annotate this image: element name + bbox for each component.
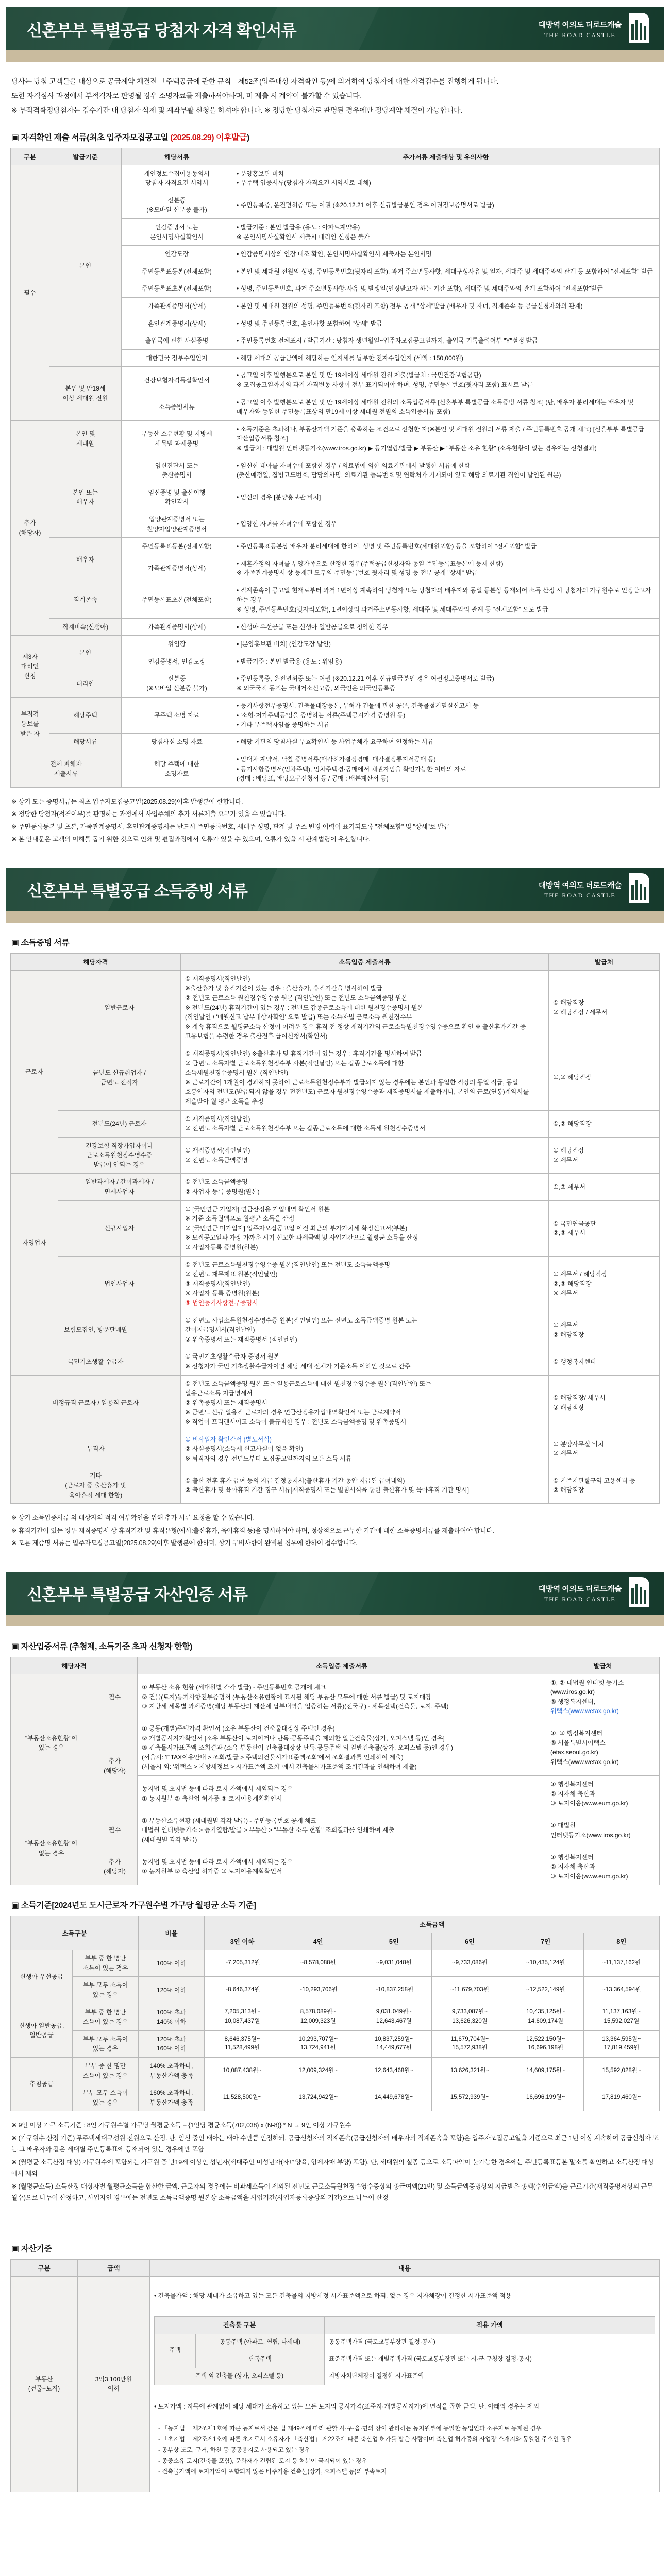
table-header-row: 구분발급기준해당서류추가서류 제출대상 및 유의사항: [11, 148, 660, 165]
table-cell: 필수: [11, 165, 49, 420]
table-row: 근로자일반근로자① 재직증명서(직인날인) ※출산휴가 및 휴직기간이 있는 경…: [11, 970, 660, 1045]
table-cell: 8,646,375원~ 11,528,499원: [205, 2030, 280, 2057]
table-cell: • 해당 세대의 공급금액에 해당하는 인지세를 납부한 전자수입인지 (세액 …: [232, 349, 660, 367]
table-cell: ① 비사업자 확인각서 (별도서식)② 사실증명서(소득세 신고사실이 없음 확…: [181, 1431, 549, 1467]
table-cell: 제3자 대리인 신청: [11, 636, 49, 697]
table-cell: • 주민등록표등본상 배우자 분리세대에 한하여, 성명 및 주민등록번호(세대…: [232, 538, 660, 555]
table-cell: ① 부동산 소유 현황 (세대원별 각각 발급) - 주민등록번호 공개에 체크…: [138, 1674, 546, 1720]
intro-line: ※ 부적격확정당첨자는 검수기간 내 당첨자 삭제 및 계좌부활 신청을 하셔야…: [11, 104, 659, 117]
intro-paragraph: 당사는 당첨 고객들을 대상으로 공급계약 체결전 「주택공급에 관한 규칙」제…: [11, 75, 659, 117]
table-cell: 본인 및 만19세 이상 세대원 전원: [49, 367, 122, 420]
note-line: ※ 모든 제증명 서류는 입주자모집공고일(2025.08.29)이후 발행분에…: [11, 1537, 659, 1549]
cell-text: ① 비사업자 확인각서 (별도서식): [185, 1435, 544, 1445]
section1-heading: ▣ 자격확인 제출 서류(최초 입주자모집공고일 (2025.08.29) 이후…: [11, 131, 659, 143]
table-cell: "부동산소유현황"이 없는 경우: [11, 1812, 92, 1885]
table-cell: 무주택 소명 자료: [122, 697, 232, 734]
table-cell: • 해당 기관의 당첨사실 무효확인서 등 사업주체가 요구하여 인정하는 서류: [232, 734, 660, 751]
table-cell: 임신증명 및 출산이행 확인각서: [122, 484, 232, 511]
table-row: 신생아 일반공급, 일반공급부부 중 한 명만 소득이 있는 경우100% 초과…: [11, 2004, 660, 2030]
table-cell: 추가 (해당자): [92, 1849, 138, 1885]
table-row: 추가 (해당자)① 공동(개별)주택가격 확인서 (소유 부동산이 건축물대장상…: [11, 1720, 660, 1775]
table-row: 무직자① 비사업자 확인각서 (별도서식)② 사실증명서(소득세 신고사실이 없…: [11, 1431, 660, 1467]
table-cell: 전세 피해자 제출서류: [11, 751, 122, 788]
table-cell: 13,724,942원~: [280, 2084, 356, 2111]
table-cell: ①,② 세무서: [549, 1174, 660, 1200]
note-line: ※ 상기 소득입증서류 외 대상자의 적격 여부확인을 위해 추가 서류 요청을…: [11, 1512, 659, 1524]
table-cell: 100% 이하: [139, 1950, 205, 1977]
table-cell: • 공고일 이후 발행분으로 본인 및 만 19세이상 세대원 전원의 소득입증…: [232, 394, 660, 420]
table-row: 주택공동주택 (아파트, 연립, 다세대)공동주택가격 (국토교통부장관 결정·…: [155, 2334, 655, 2351]
table-cell: 당첨사실 소명 자료: [122, 734, 232, 751]
table-cell: ~9,733,086원: [432, 1950, 508, 1977]
asset-proof-table-container: 해당자격소득입증 제출서류발급처"부동산소유현황"이 있는 경우필수① 부동산 …: [10, 1657, 660, 1886]
note-line: ※ (월평균소득) 소득산정 대상자별 월평균소득을 합산한 금액. 근로자의 …: [11, 2181, 659, 2204]
table-cell: ① 분양사무실 비치 ② 세무서: [549, 1431, 660, 1467]
table-cell: 개인정보수집이용동의서 당첨자 자격요건 서약서: [122, 165, 232, 192]
header-cell: 구분: [11, 148, 49, 165]
table-cell: 추가 (해당자): [92, 1720, 138, 1812]
table-cell: 국민기초생활 수급자: [11, 1348, 181, 1375]
table-cell: 13,626,321원~: [432, 2058, 508, 2084]
table-cell: ① 행정복지센터 ② 지자체 축산과 ③ 토지이음(www.eum.go.kr): [546, 1775, 660, 1812]
intro-line: 또한 자격심사 과정에서 부적격자로 판명될 경우 소명자료를 제출하셔야하며,…: [11, 90, 659, 103]
table-cell: 10,837,259원~ 14,449,677원: [356, 2030, 432, 2057]
note-line: ※ (월평균 소득산정 대상) 가구원수에 포함되는 가구원 중 만19세 이상…: [11, 2157, 659, 2180]
table-cell: 단독주택: [196, 2351, 325, 2368]
section3-heading: ▣ 자산입증서류 (추첨제, 소득기준 초과 신청자 한함): [11, 1640, 659, 1652]
table-row: "부동산소유현황"이 없는 경우필수① 부동산소유현황 (세대원별 각각 발급)…: [11, 1812, 660, 1849]
brand: 대방역 여의도 더로드캐슬 THE ROAD CASTLE: [539, 873, 649, 906]
table-row: 비정규직 근로자 / 일용직 근로자① 전년도 소득금액증명 원본 또는 일용근…: [11, 1375, 660, 1431]
table-cell: 120% 이하: [139, 1977, 205, 2004]
building-icon: [627, 1577, 649, 1609]
table-cell: 11,679,704원~ 15,572,938원: [432, 2030, 508, 2057]
table-cell: 인감증명서 또는 본인서명사실확인서: [122, 219, 232, 246]
table-cell: • 등기사항전부증명서, 건축물대장등본, 무허가 건물에 관한 공문, 건축물…: [232, 697, 660, 734]
table-cell: • 발급기준 : 본인 발급용 (용도 : 아파트계약용) ※ 본인서명사실확인…: [232, 219, 660, 246]
table-cell: ① 부동산소유현황 (세대원별 각각 발급) - 주민등록번호 공개 체크 대법…: [138, 1812, 546, 1849]
table-cell: 건강보험 직장가입자이나 근로소득원천징수영수증 발급이 안되는 경우: [58, 1137, 181, 1174]
table-cell: 14,609,175원~: [508, 2058, 583, 2084]
cell-text: ⑤ 법인등기사항전부증명서: [185, 1298, 544, 1308]
note-line: ※ 정당한 당첨자(적격여부)를 판명하는 과정에서 사업주체의 추가 서류제출…: [11, 808, 659, 820]
table-cell: 입양관계증명서 또는 친양자입양관계증명서: [122, 511, 232, 537]
note-line: ※ 9인 이상 가구 소득기준 : 8인 가구원수별 가구당 월평균소득 + {…: [11, 2120, 659, 2131]
table-row: 추가 (해당자)본인 및 세대원부동산 소유현황 및 지방세 세목별 과세증명•…: [11, 420, 660, 457]
brand-text: 대방역 여의도 더로드캐슬 THE ROAD CASTLE: [539, 879, 622, 900]
asset-criteria-table-container: 구분 금액 내용 부동산 (건물+토지) 3억3,100만원 이하 • 건축물가…: [10, 2259, 660, 2492]
table-cell: • 공고일 이후 발행분으로 본인 및 만 19세이상 세대원 전원 제출(발급…: [232, 367, 660, 394]
table-cell: • 성명 및 주민등록번호, 혼인사항 포함하여 "상세" 발급: [232, 315, 660, 332]
cell-text: ①, ② 대법원 인터넷 등기소 (www.iros.go.kr) ③ 행정복지…: [550, 1678, 655, 1707]
table-cell: 부동산 소유현황 및 지방세 세목별 과세증명: [122, 420, 232, 457]
income-criteria-table-container: 소득구분비율소득금액3인 이하4인5인6인7인8인신생아 우선공급부부 중 한 …: [10, 1916, 660, 2111]
table-row: 신생아 우선공급부부 중 한 명만 소득이 있는 경우100% 이하~7,205…: [11, 1950, 660, 1977]
table-cell: 본인 또는 배우자: [49, 457, 122, 538]
brand-text: 대방역 여의도 더로드캐슬 THE ROAD CASTLE: [539, 19, 622, 39]
table-cell: 140% 초과하나, 부동산가액 충족: [139, 2058, 205, 2084]
qualification-table-container: 구분발급기준해당서류추가서류 제출대상 및 유의사항필수본인개인정보수집이용동의…: [10, 148, 660, 788]
table-row: 배우자주민등록표등본(전체포함)• 주민등록표등본상 배우자 분리세대에 한하여…: [11, 538, 660, 555]
brand-name-kr: 대방역 여의도 더로드캐슬: [539, 1583, 622, 1594]
note-line: ※ 주민등록등본 및 초본, 가족관계증명서, 혼인관계증명서는 반드시 주민등…: [11, 821, 659, 833]
table-cell: 해당서류: [49, 734, 122, 751]
table-cell: 12,522,150원~ 16,696,198원: [508, 2030, 583, 2057]
cell-text: 위택스(www.wetax.go.kr): [550, 1706, 655, 1716]
table-header-row: 해당자격소득입증 제출서류발급처: [11, 1657, 660, 1674]
table-cell: 지방자치단체장이 결정한 시가표준액: [325, 2368, 655, 2385]
table-cell: ① 전년도 근로소득원천징수영수증 원본(직인날인) 또는 전년도 소득금액증명…: [181, 1256, 549, 1312]
table-cell: 추가 (해당자): [11, 420, 49, 636]
table-cell: 120% 초과 160% 이하: [139, 2030, 205, 2057]
table-cell: 자영업자: [11, 1174, 58, 1312]
header-cell: 8인: [583, 1933, 659, 1950]
table-cell: 인감도장: [122, 246, 232, 263]
banner-asset-proof: 신혼부부 특별공급 자산인증 서류 대방역 여의도 더로드캐슬 THE ROAD…: [6, 1572, 664, 1615]
table-cell: ① 국민기초생활수급자 증명서 원본 ※ 신청자가 국민 기초생활수급자이면 해…: [181, 1348, 549, 1375]
table-cell: ① 세무서 ② 해당직장: [549, 1312, 660, 1348]
table-cell: 주택 외 건축물 (상가, 오피스텔 등): [155, 2368, 325, 2385]
table-cell: • 임대차 계약서, 낙찰 증명서류(매각허가결정경매, 매각결정통지서공매 등…: [232, 751, 660, 788]
header-cell: 발급처: [549, 953, 660, 970]
table-row: 주택 외 건축물 (상가, 오피스텔 등)지방자치단체장이 결정한 시가표준액: [155, 2368, 655, 2385]
table-cell: 근로자: [11, 970, 58, 1174]
section1-notes: ※ 상기 모든 증명서류는 최초 입주자모집공고일(2025.08.29)이후 …: [11, 796, 659, 845]
table-cell: ① [국민연금 가입자] 연금산정용 가입내역 확인서 원본 ※ 기준 소득월액…: [181, 1200, 549, 1256]
table-row: 추첨공급부부 중 한 명만 소득이 있는 경우140% 초과하나, 부동산가액 …: [11, 2058, 660, 2084]
table-row: 부부 모두 소득이 있는 경우120% 초과 160% 이하8,646,375원…: [11, 2030, 660, 2057]
divider-strip: [6, 911, 664, 923]
table-cell: 가족관계증명서(상세): [122, 618, 232, 636]
table-cell: 법인사업자: [58, 1256, 181, 1312]
table-cell: ① 공동(개별)주택가격 확인서 (소유 부동산이 건축물대장상 주택인 경우)…: [138, 1720, 546, 1775]
header-cell: 소득입증 제출서류: [181, 953, 549, 970]
table-cell: ① 전년도 소득금액증명 원본 또는 일용근로소득에 대한 원천징수영수증 원본…: [181, 1375, 549, 1431]
table-cell: ~10,837,258원: [356, 1977, 432, 2004]
table-cell: 9,733,087원~ 13,626,320원: [432, 2004, 508, 2030]
table-cell: 15,592,028원~: [583, 2058, 659, 2084]
table-cell: 임신진단서 또는 출산증명서: [122, 457, 232, 484]
table-cell: 주민등록표초본(전체포함): [122, 280, 232, 298]
income-notes: ※ 9인 이상 가구 소득기준 : 8인 가구원수별 가구당 월평균소득 + {…: [11, 2120, 659, 2204]
table-cell: 기타 (근로자 중 출산휴가 및 육아휴직 세대 한함): [11, 1467, 181, 1504]
table-cell: ① 행정복지센터 ② 지자체 축산과 ③ 토지이음(www.eum.go.kr): [546, 1849, 660, 1885]
table-row: 대리인신분증 (※모바일 신분증 불가)• 주민등록증, 운전면허증 또는 여권…: [11, 670, 660, 697]
table-cell: 직계비속(신생아): [49, 618, 122, 636]
table-cell: ~10,293,706원: [280, 1977, 356, 2004]
table-cell: 전년도(24년) 근로자: [58, 1110, 181, 1137]
header-cell: 내용: [150, 2259, 660, 2276]
table-cell: • 주민등록증, 운전면허증 또는 여권 (※20.12.21 이후 신규발급분…: [232, 670, 660, 697]
header-cell: 추가서류 제출대상 및 유의사항: [232, 148, 660, 165]
table-cell: ①, ② 대법원 인터넷 등기소 (www.iros.go.kr) ③ 행정복지…: [546, 1674, 660, 1720]
section2-heading: ▣ 소득증빙 서류: [11, 936, 659, 948]
table-cell: 10,435,125원~ 14,609,174원: [508, 2004, 583, 2030]
brand-name-kr: 대방역 여의도 더로드캐슬: [539, 879, 622, 890]
asset-content-cell: • 건축물가액 : 해당 세대가 소유하고 있는 모든 건축물의 지방세정 시가…: [150, 2276, 660, 2492]
section2-title: 신혼부부 특별공급 소득증빙 서류: [27, 878, 247, 901]
table-row: 직계존속주민등록표초본(전체포함)• 직계존속이 공고일 현재로부터 과거 1년…: [11, 582, 660, 618]
header-cell: 6인: [432, 1933, 508, 1950]
table-cell: 본인: [49, 636, 122, 670]
header-cell: 소득금액: [205, 1916, 660, 1933]
header-cell: 발급처: [546, 1657, 660, 1674]
table-cell: 혼인관계증명서(상세): [122, 315, 232, 332]
table-cell: 추첨공급: [11, 2058, 73, 2111]
divider-strip: [6, 50, 664, 62]
table-cell: 10,293,707원~ 13,724,941원: [280, 2030, 356, 2057]
table-header-row: 소득구분비율소득금액: [11, 1916, 660, 1933]
table-cell: 16,696,199원~: [508, 2084, 583, 2111]
table-cell: 신분증 (※모바일 신분증 불가): [122, 670, 232, 697]
table-row: 단독주택표준주택가격 또는 개별주택가격 (국토교통부장관 또는 시·군·구청장…: [155, 2351, 655, 2368]
note-line: ※ 본 안내문은 고객의 이해를 돕기 위한 것으로 인쇄 및 편집과정에서 오…: [11, 834, 659, 845]
header-cell: 4인: [280, 1933, 356, 1950]
table-cell: ① 대법원 인터넷등기소(www.iros.go.kr): [546, 1812, 660, 1849]
table-cell: ① 재직증명서(직인날인) ※출산휴가 및 휴직기간이 있는 경우 : 출산휴가…: [181, 970, 549, 1045]
table-row: 추가 (해당자)농지법 및 초지법 등에 따라 토지 가액에서 제외되는 경우 …: [11, 1849, 660, 1885]
table-cell: 무직자: [11, 1431, 181, 1467]
table-cell: 17,819,460원~: [583, 2084, 659, 2111]
header-cell: 해당자격: [11, 953, 181, 970]
header-cell: 소득입증 제출서류: [138, 1657, 546, 1674]
banner-qualification: 신혼부부 특별공급 당첨자 자격 확인서류 대방역 여의도 더로드캐슬 THE …: [6, 7, 664, 50]
table-header-row: 해당자격소득입증 제출서류발급처: [11, 953, 660, 970]
table-cell: • 본인 및 세대원 전원의 성명, 주민등록번호(뒷자리 포함) 전부 공개 …: [232, 298, 660, 315]
table-cell: • 직계존속이 공고일 현재로부터 과거 1년이상 계속하여 당첨자 또는 당첨…: [232, 582, 660, 618]
intro-line: 당사는 당첨 고객들을 대상으로 공급계약 체결전 「주택공급에 관한 규칙」제…: [11, 75, 659, 89]
table-cell: • 재혼가정의 자녀를 부양가족으로 산정한 경우(주택공급신청자와 동일 주민…: [232, 555, 660, 582]
section2-notes: ※ 상기 소득입증서류 외 대상자의 적격 여부확인을 위해 추가 서류 요청을…: [11, 1512, 659, 1549]
header-cell: 구분: [11, 2259, 78, 2276]
qualification-documents-table: 구분발급기준해당서류추가서류 제출대상 및 유의사항필수본인개인정보수집이용동의…: [10, 148, 660, 788]
table-cell: 출입국에 관한 사실증명: [122, 332, 232, 350]
table-cell: • 본인 및 세대원 전원의 성명, 주민등록번호(뒷자리 포함), 과거 주소…: [232, 263, 660, 280]
table-cell: 160% 초과하나, 부동산가액 충족: [139, 2084, 205, 2111]
table-cell: 필수: [92, 1674, 138, 1720]
table-cell: 부부 모두 소득이 있는 경우: [73, 2030, 139, 2057]
brand-text: 대방역 여의도 더로드캐슬 THE ROAD CASTLE: [539, 1583, 622, 1603]
table-cell: • 소득기준은 초과하나, 부동산가액 기준을 충족하는 조건으로 신청한 자(…: [232, 420, 660, 457]
table-cell: ① 국민연금공단 ②,③ 세무서: [549, 1200, 660, 1256]
table-row: 신규사업자① [국민연금 가입자] 연금산정용 가입내역 확인서 원본 ※ 기준…: [11, 1200, 660, 1256]
table-cell: 신규사업자: [58, 1200, 181, 1256]
table-cell: • 신생아 우선공급 또는 신생아 일반공급으로 청약한 경우: [232, 618, 660, 636]
table-cell: ~7,205,312원: [205, 1950, 280, 1977]
table-cell: 12,009,324원~: [280, 2058, 356, 2084]
table-row: 본인 또는 배우자임신진단서 또는 출산증명서• 임신한 태아를 자녀수에 포함…: [11, 457, 660, 484]
cell-text: ② 사실증명서(소득세 신고사실이 없음 확인) ※ 퇴직자의 경우 전년도부터…: [185, 1444, 544, 1463]
table-cell: ① 행정복지센터: [549, 1348, 660, 1375]
table-cell: 본인 및 세대원: [49, 420, 122, 457]
table-cell: 11,137,163원~ 15,592,027원: [583, 2004, 659, 2030]
table-cell: 대한민국 정부수입인지: [122, 349, 232, 367]
page-title: 신혼부부 특별공급 당첨자 자격 확인서류: [27, 18, 296, 41]
table-cell: 인감증명서, 인감도장: [122, 653, 232, 670]
table-cell: • 주민등록번호 전체표시 / 발급기간 : 당첨자 생년월일~입주자모집공고일…: [232, 332, 660, 350]
table-cell: ~8,578,088원: [280, 1950, 356, 1977]
table-cell: ① 재직증명서(직인날인) ② 전년도 소득자별 근로소득원천징수부 또는 갑종…: [181, 1110, 549, 1137]
table-cell: ~11,137,162원: [583, 1950, 659, 1977]
table-row: 필수본인개인정보수집이용동의서 당첨자 자격요건 서약서• 분양홍보관 비치 •…: [11, 165, 660, 192]
building-value-table: 건축물 구분적용 가액주택공동주택 (아파트, 연립, 다세대)공동주택가격 (…: [154, 2316, 655, 2385]
table-cell: 대리인: [49, 670, 122, 697]
table-row: 자영업자일반과세자 / 간이과세자 / 면세사업자① 전년도 소득금액증명 ② …: [11, 1174, 660, 1200]
table-cell: ~13,364,594원: [583, 1977, 659, 2004]
brand-name-kr: 대방역 여의도 더로드캐슬: [539, 19, 622, 30]
table-cell: • [분양홍보관 비치] (인감도장 날인): [232, 636, 660, 653]
table-cell: 부부 중 한 명만 소득이 있는 경우: [73, 2058, 139, 2084]
note-line: ※ 상기 모든 증명서류는 최초 입주자모집공고일(2025.08.29)이후 …: [11, 796, 659, 808]
table-cell: 11,528,500원~: [205, 2084, 280, 2111]
table-row: 보험모집인, 방문판매원① 전년도 사업소득원천징수영수증 원본(직인날인) 또…: [11, 1312, 660, 1348]
table-cell: 신생아 일반공급, 일반공급: [11, 2004, 73, 2057]
table-cell: 14,449,678원~: [356, 2084, 432, 2111]
divider-strip: [6, 1615, 664, 1626]
table-cell: 부부 중 한 명만 소득이 있는 경우: [73, 1950, 139, 1977]
table-cell: ~9,031,048원: [356, 1950, 432, 1977]
brand-name-en: THE ROAD CASTLE: [539, 31, 622, 39]
table-cell: • 임신의 경우 [분양홍보관 비치]: [232, 484, 660, 511]
table-row: 전년도(24년) 근로자① 재직증명서(직인날인) ② 전년도 소득자별 근로소…: [11, 1110, 660, 1137]
table-cell: 주민등록표초본(전체포함): [122, 582, 232, 618]
section3-title: 신혼부부 특별공급 자산인증 서류: [27, 1582, 247, 1605]
table-cell: 7,205,313원~ 10,087,437원: [205, 2004, 280, 2030]
table-cell: ①, ② 행정복지센터 ③ 서울특별시이택스 (etax.seoul.go.kr…: [546, 1720, 660, 1775]
table-cell: 공동주택가격 (국토교통부장관 결정·공시): [325, 2334, 655, 2351]
land-exclusion-item: - 「초지법」 제2조제1호에 따른 초지로서 소유자가 「축산법」 제22조에…: [158, 2435, 655, 2445]
table-cell: 부부 모두 소득이 있는 경우: [73, 1977, 139, 2004]
table-cell: 9,031,049원~ 12,643,467원: [356, 2004, 432, 2030]
note-line: ※ 휴직기간이 있는 경우 재직증명서 상 휴직기간 및 휴직유형(예시:출산휴…: [11, 1525, 659, 1537]
table-cell: • 인감증명서상의 인장 대조 확인, 본인서명사실확인서 제출자는 본인서명: [232, 246, 660, 263]
table-cell: 일반과세자 / 간이과세자 / 면세사업자: [58, 1174, 181, 1200]
land-value-intro: • 토지가액 : 지목에 관계없이 해당 세대가 소유하고 있는 모든 토지의 …: [154, 2402, 655, 2412]
table-cell: ~8,646,374원: [205, 1977, 280, 2004]
table-cell: ~11,679,703원: [432, 1977, 508, 2004]
building-icon: [627, 13, 649, 45]
table-header-row: 건축물 구분적용 가액: [155, 2316, 655, 2334]
table-cell: 12,643,468원~: [356, 2058, 432, 2084]
table-cell: 가족관계증명서(상세): [122, 555, 232, 582]
income-proof-documents-table: 해당자격소득입증 제출서류발급처근로자일반근로자① 재직증명서(직인날인) ※출…: [10, 953, 660, 1504]
table-cell: 소득증빙서류: [122, 394, 232, 420]
table-cell: • 임신한 태아를 자녀수에 포함한 경우 / 의료법에 의한 의료기관에서 발…: [232, 457, 660, 484]
header-cell: 해당서류: [122, 148, 232, 165]
table-cell: 부부 중 한 명만 소득이 있는 경우: [73, 2004, 139, 2030]
section1-heading-prefix: ▣ 자격확인 제출 서류(최초 입주자모집공고일: [11, 133, 170, 142]
asset-row-label: 부동산 (건물+토지): [11, 2276, 78, 2492]
table-cell: • 성명, 주민등록번호, 과거 주소변동사항·사유 및 발생일(인정받고자 하…: [232, 280, 660, 298]
section1-heading-date: (2025.08.29) 이후발급: [170, 133, 247, 142]
table-cell: ①,② 해당직장: [549, 1110, 660, 1137]
land-exclusion-list: - 「농지법」 제2조제1호에 따른 농지로서 같은 법 제49조에 따라 관할…: [158, 2424, 655, 2477]
table-cell: 100% 초과 140% 이하: [139, 2004, 205, 2030]
table-cell: 부적격 통보를 받은 자: [11, 697, 49, 751]
table-cell: 일반근로자: [58, 970, 181, 1045]
table-row: 국민기초생활 수급자① 국민기초생활수급자 증명서 원본 ※ 신청자가 국민 기…: [11, 1348, 660, 1375]
table-cell: ① 출산 전후 휴가 급여 등의 지급 결정통지서(출산휴가 기간 동안 지급된…: [181, 1467, 549, 1504]
table-cell: 신분증 (※모바일 신분증 불가): [122, 192, 232, 218]
header-cell: 발급기준: [49, 148, 122, 165]
table-cell: 본인: [49, 165, 122, 367]
table-cell: 신생아 우선공급: [11, 1950, 73, 2004]
building-icon: [627, 873, 649, 906]
asset-criteria-heading: ▣ 자산기준: [11, 2242, 659, 2254]
table-cell: 주택: [155, 2334, 196, 2368]
income-proof-table-container: 해당자격소득입증 제출서류발급처근로자일반근로자① 재직증명서(직인날인) ※출…: [10, 953, 660, 1504]
table-row: "부동산소유현황"이 있는 경우필수① 부동산 소유 현황 (세대원별 각각 발…: [11, 1674, 660, 1720]
table-row: 부적격 통보를 받은 자해당주택무주택 소명 자료• 등기사항전부증명서, 건축…: [11, 697, 660, 734]
table-cell: 금년도 신규취업자 / 금년도 전직자: [58, 1045, 181, 1110]
header-cell: 적용 가액: [325, 2316, 655, 2334]
brand-name-en: THE ROAD CASTLE: [539, 892, 622, 900]
income-criteria-table: 소득구분비율소득금액3인 이하4인5인6인7인8인신생아 우선공급부부 중 한 …: [10, 1916, 660, 2111]
table-row: 해당서류당첨사실 소명 자료• 해당 기관의 당첨사실 무효확인서 등 사업주체…: [11, 734, 660, 751]
header-cell: 소득구분: [11, 1916, 139, 1950]
table-cell: 필수: [92, 1812, 138, 1849]
header-cell: 5인: [356, 1933, 432, 1950]
table-cell: 부부 모두 소득이 있는 경우: [73, 2084, 139, 2111]
table-cell: 표준주택가격 또는 개별주택가격 (국토교통부장관 또는 시·군·구청장 결정·…: [325, 2351, 655, 2368]
document-page: 신혼부부 특별공급 당첨자 자격 확인서류 대방역 여의도 더로드캐슬 THE …: [0, 7, 670, 2503]
table-cell: 해당 주택에 대한 소명자료: [122, 751, 232, 788]
table-cell: 8,578,089원~ 12,009,323원: [280, 2004, 356, 2030]
table-row: 부부 모두 소득이 있는 경우160% 초과하나, 부동산가액 충족11,528…: [11, 2084, 660, 2111]
table-cell: 13,364,595원~ 17,819,459원: [583, 2030, 659, 2057]
table-row: 제3자 대리인 신청본인위임장• [분양홍보관 비치] (인감도장 날인): [11, 636, 660, 653]
table-cell: 건강보험자격득실확인서: [122, 367, 232, 394]
table-cell: 위임장: [122, 636, 232, 653]
asset-amount: 3억3,100만원 이하: [78, 2276, 150, 2492]
table-cell: ① 재직증명서(직인날인) ※출산휴가 및 휴직기간이 있는 경우 : 휴직기간…: [181, 1045, 549, 1110]
table-cell: 비정규직 근로자 / 일용직 근로자: [11, 1375, 181, 1431]
table-cell: 배우자: [49, 538, 122, 582]
section1-heading-suffix: ): [247, 133, 249, 142]
land-exclusion-item: - 건축물가액에 토지가액이 포함되지 않은 비주거용 건축물(상가, 오피스텔…: [158, 2467, 655, 2477]
header-cell: 3인 이하: [205, 1933, 280, 1950]
cell-text: ① 전년도 근로소득원천징수영수증 원본(직인날인) 또는 전년도 소득금액증명…: [185, 1260, 544, 1298]
table-row: 전세 피해자 제출서류해당 주택에 대한 소명자료• 임대차 계약서, 낙찰 증…: [11, 751, 660, 788]
table-cell: ① 전년도 사업소득원천징수영수증 원본(직인날인) 또는 전년도 소득금액증명…: [181, 1312, 549, 1348]
table-cell: "부동산소유현황"이 있는 경우: [11, 1674, 92, 1812]
table-row: 본인 및 만19세 이상 세대원 전원건강보험자격득실확인서• 공고일 이후 발…: [11, 367, 660, 394]
table-cell: • 입양한 자녀를 자녀수에 포함한 경우: [232, 511, 660, 537]
table-cell: 10,087,438원~: [205, 2058, 280, 2084]
land-exclusion-item: - 종중소유 토지(건축물 포함), 문화재가 건립된 토지 등 처분이 금지되…: [158, 2456, 655, 2466]
table-cell: ① 전년도 소득금액증명 ② 사업자 등록 증명원(원본): [181, 1174, 549, 1200]
table-row: 금년도 신규취업자 / 금년도 전직자① 재직증명서(직인날인) ※출산휴가 및…: [11, 1045, 660, 1110]
table-cell: ① 해당직장/ 세무서 ② 해당직장: [549, 1375, 660, 1431]
table-cell: 농지법 및 초지법 등에 따라 토지 가액에서 제외되는 경우 ① 농지원부 ②…: [138, 1775, 546, 1812]
note-line: ※ (가구원수 산정 기준) 무주택세대구성원 전원으로 산정. 단, 임신 중…: [11, 2132, 659, 2156]
land-exclusion-item: - 「농지법」 제2조제1호에 따른 농지로서 같은 법 제49조에 따라 관할…: [158, 2424, 655, 2434]
header-cell: 금액: [78, 2259, 150, 2276]
header-cell: 건축물 구분: [155, 2316, 325, 2334]
table-row: 기타 (근로자 중 출산휴가 및 육아휴직 세대 한함)① 출산 전후 휴가 급…: [11, 1467, 660, 1504]
header-cell: 7인: [508, 1933, 583, 1950]
brand: 대방역 여의도 더로드캐슬 THE ROAD CASTLE: [539, 1577, 649, 1609]
building-value-intro: • 건축물가액 : 해당 세대가 소유하고 있는 모든 건축물의 지방세정 시가…: [154, 2291, 655, 2301]
table-cell: 보험모집인, 방문판매원: [11, 1312, 181, 1348]
table-cell: 해당주택: [49, 697, 122, 734]
table-cell: ①,② 해당직장: [549, 1045, 660, 1110]
table-cell: 농지법 및 초지법 등에 따라 토지 가액에서 제외되는 경우 ① 농지원부 ②…: [138, 1849, 546, 1885]
table-row: 부부 모두 소득이 있는 경우120% 이하~8,646,374원~10,293…: [11, 1977, 660, 2004]
table-cell: 주민등록표등본(전체포함): [122, 263, 232, 280]
table-cell: 15,572,939원~: [432, 2084, 508, 2111]
table-cell: ① 해당직장 ② 세무서: [549, 1137, 660, 1174]
